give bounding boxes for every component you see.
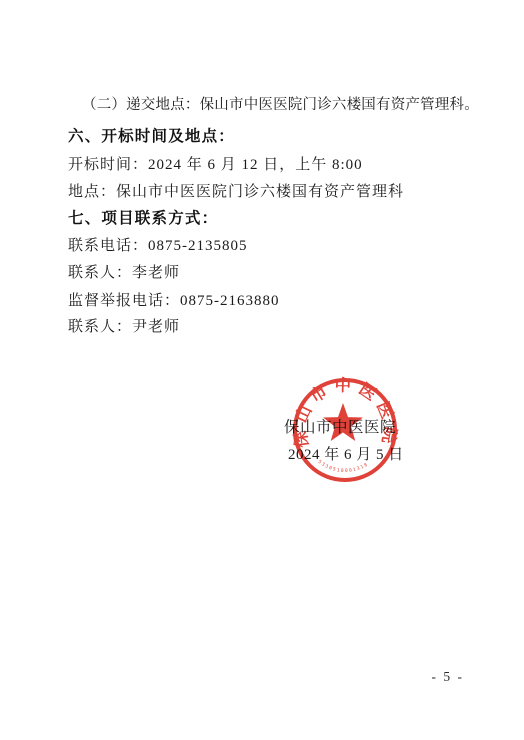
page-number: - 5 - [432, 669, 465, 685]
seal-arc-text: 保山市中医医院 [289, 375, 401, 451]
line-contact-phone: 联系电话：0875-2135805 [68, 236, 488, 257]
signature-org-name: 保山市中医医院 [284, 415, 396, 437]
signature-date: 2024 年 6 月 5 日 [288, 443, 404, 464]
line-contact-person-yin: 联系人：尹老师 [68, 317, 488, 338]
heading-bid-opening-time-place: 六、开标时间及地点： [68, 126, 488, 147]
heading-project-contact: 七、项目联系方式： [68, 208, 488, 229]
line-contact-person-li: 联系人：李老师 [68, 263, 488, 284]
line-bid-opening-place: 地点：保山市中医医院门诊六楼国有资产管理科 [68, 182, 488, 203]
line-supervision-phone: 监督举报电话：0875-2163880 [68, 291, 488, 312]
line-bid-opening-time: 开标时间：2024 年 6 月 12 日，上午 8:00 [68, 155, 488, 176]
paragraph-submission-location: （二）递交地点：保山市中医医院门诊六楼国有资产管理科。 [68, 95, 488, 116]
document-page: （二）递交地点：保山市中医医院门诊六楼国有资产管理科。 六、开标时间及地点： 开… [0, 0, 524, 740]
